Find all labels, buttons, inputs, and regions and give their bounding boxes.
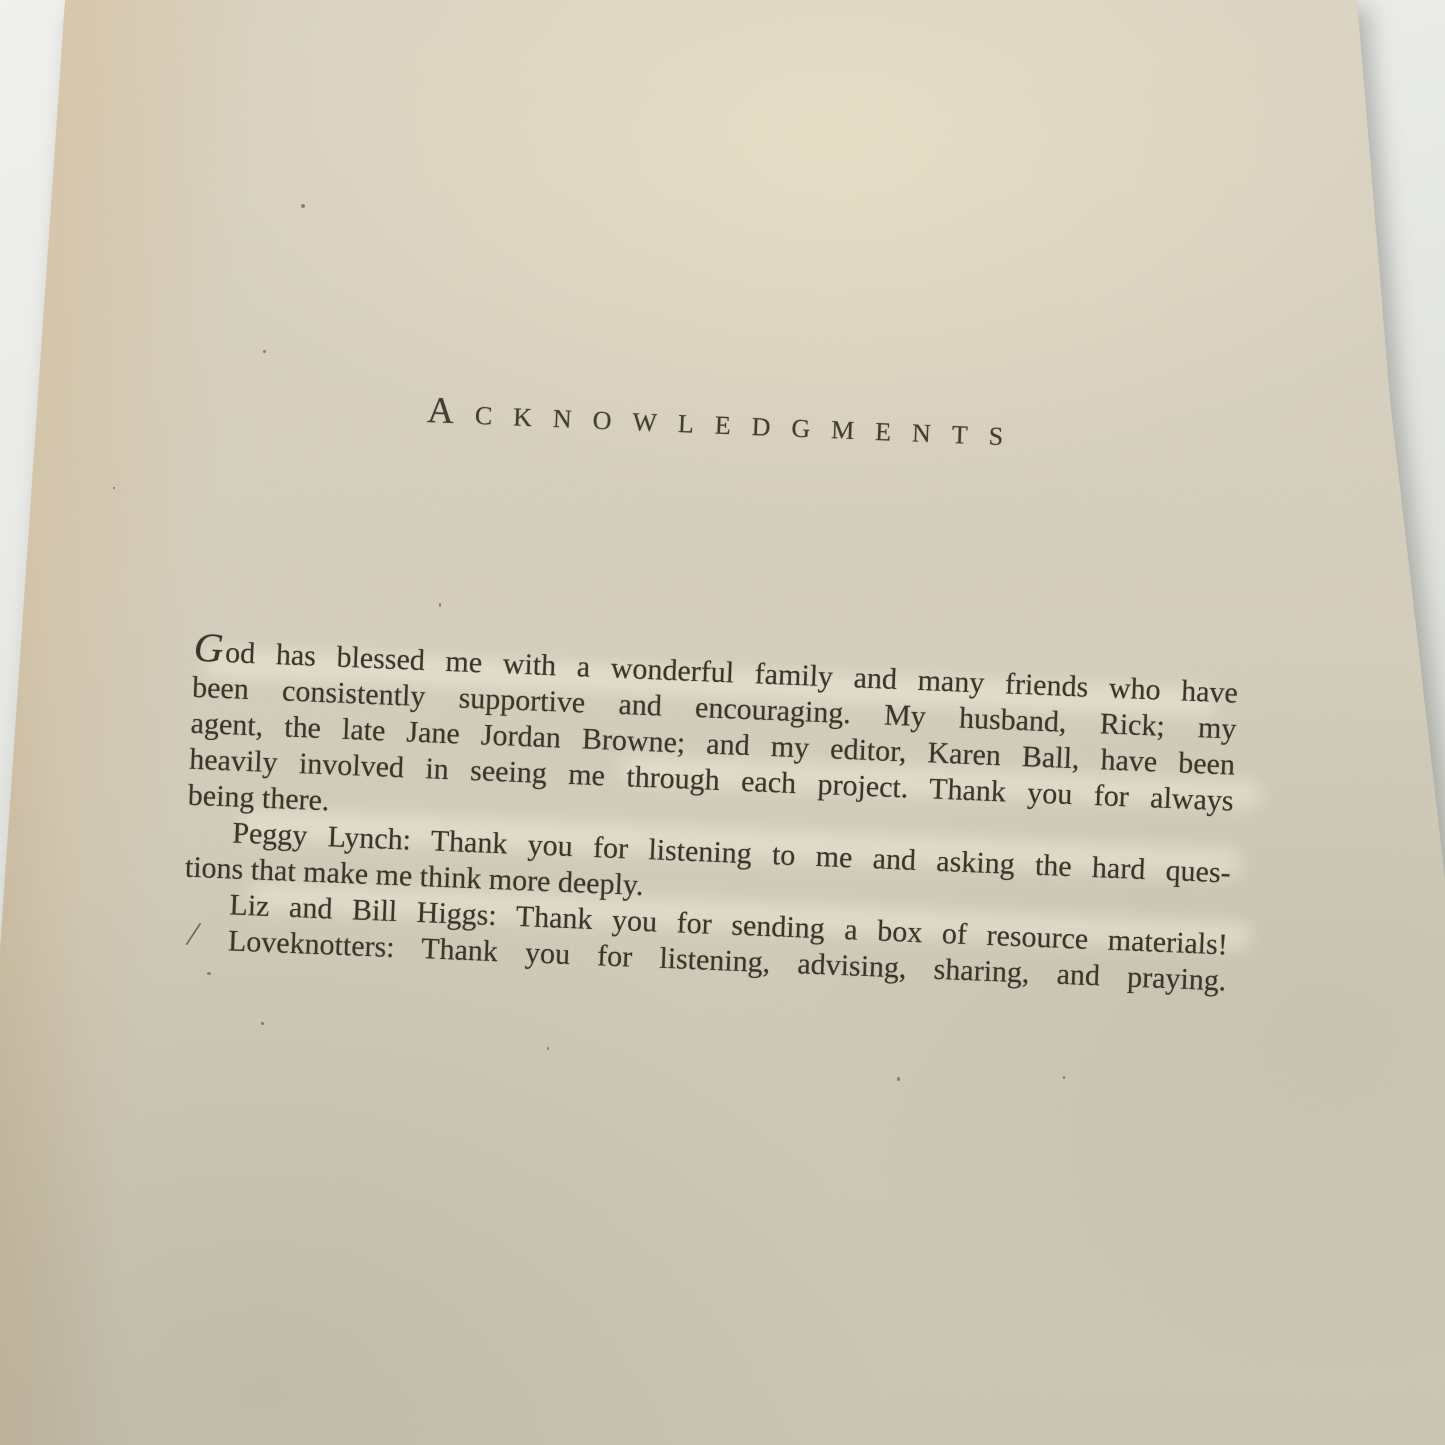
paper-speck	[439, 603, 441, 607]
page-shadow: ACKNOWLEDGMENTS God has blessed me with …	[0, 0, 1445, 1445]
book-page: ACKNOWLEDGMENTS God has blessed me with …	[0, 0, 1445, 1445]
acknowledgments-text: God has blessed me with a wonderful fami…	[181, 627, 1238, 1000]
paper-speck	[1063, 1076, 1065, 1079]
swash-initial: G	[193, 624, 225, 671]
paper-speck	[547, 1047, 549, 1050]
paper-speck	[207, 972, 211, 975]
paper-speck	[263, 350, 266, 353]
paper-speck	[113, 487, 115, 489]
paper-speck	[261, 1022, 264, 1025]
book-page-photo: ACKNOWLEDGMENTS God has blessed me with …	[0, 0, 1445, 1445]
paper-speck	[897, 1077, 900, 1081]
page-title: ACKNOWLEDGMENTS	[203, 380, 1249, 465]
paper-speck	[301, 204, 305, 208]
title-rest: CKNOWLEDGMENTS	[474, 401, 1024, 452]
page-content: ACKNOWLEDGMENTS God has blessed me with …	[181, 370, 1249, 999]
title-initial: A	[427, 390, 476, 433]
